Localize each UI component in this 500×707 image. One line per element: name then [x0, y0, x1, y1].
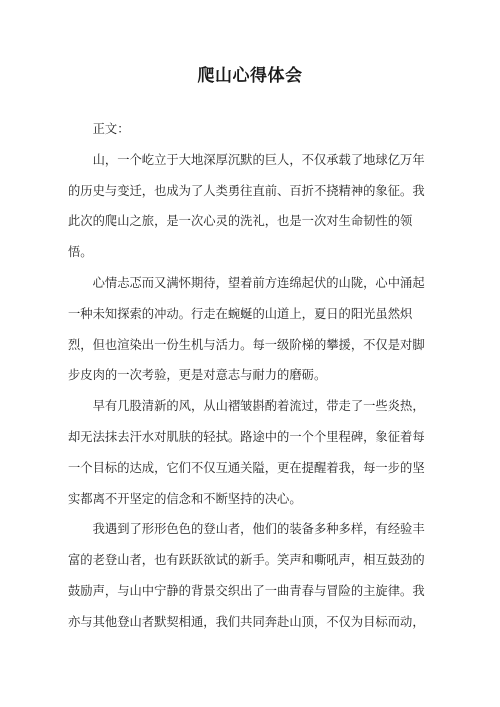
text-line: 却无法抹去汗水对肌肤的轻拭。路途中的一个个里程碑，象征着每: [68, 422, 430, 453]
text-line: 鼓励声，与山中宁静的背景交织出了一曲青春与冒险的主旋律。我: [68, 576, 430, 607]
paragraph: 早有几股清新的风，从山褶皱斟酌着流过，带走了一些炎热，却无法抹去汗水对肌肤的轻拭…: [68, 391, 430, 514]
document-title: 爬山心得体会: [0, 0, 500, 88]
text-line: 我遇到了形形色色的登山者，他们的装备多种多样，有经验丰: [68, 514, 430, 545]
paragraph: 山，一个屹立于大地深厚沉默的巨人，不仅承载了地球亿万年的历史与变迁，也成为了人类…: [68, 145, 430, 268]
text-line: 一个目标的达成，它们不仅互通关隘，更在提醒着我，每一步的坚: [68, 453, 430, 484]
paragraph: 我遇到了形形色色的登山者，他们的装备多种多样，有经验丰富的老登山者，也有跃跃欲试…: [68, 514, 430, 637]
text-line: 烈，但也渲染出一份生机与活力。每一级阶梯的攀援，不仅是对脚: [68, 330, 430, 361]
paragraph: 心情忐忑而又满怀期待，望着前方连绵起伏的山陇，心中涌起一种未知探索的冲动。行走在…: [68, 268, 430, 391]
text-line: 正文：: [68, 114, 430, 145]
text-line: 心情忐忑而又满怀期待，望着前方连绵起伏的山陇，心中涌起: [68, 268, 430, 299]
text-line: 一种未知探索的冲动。行走在蜿蜒的山道上，夏日的阳光虽然炽: [68, 299, 430, 330]
text-line: 悟。: [68, 237, 430, 268]
text-line: 步皮肉的一次考验，更是对意志与耐力的磨砺。: [68, 360, 430, 391]
text-line: 此次的爬山之旅，是一次心灵的洗礼，也是一次对生命韧性的领: [68, 206, 430, 237]
paragraph: 正文：: [68, 114, 430, 145]
text-line: 早有几股清新的风，从山褶皱斟酌着流过，带走了一些炎热，: [68, 391, 430, 422]
text-line: 的历史与变迁，也成为了人类勇往直前、百折不挠精神的象征。我: [68, 176, 430, 207]
text-line: 山，一个屹立于大地深厚沉默的巨人，不仅承载了地球亿万年: [68, 145, 430, 176]
document-body: 正文：山，一个屹立于大地深厚沉默的巨人，不仅承载了地球亿万年的历史与变迁，也成为…: [0, 88, 500, 638]
document-page: 爬山心得体会 正文：山，一个屹立于大地深厚沉默的巨人，不仅承载了地球亿万年的历史…: [0, 0, 500, 707]
text-line: 富的老登山者，也有跃跃欲试的新手。笑声和嘶吼声，相互鼓劲的: [68, 545, 430, 576]
text-line: 实都离不开坚定的信念和不断坚持的决心。: [68, 484, 430, 515]
text-line: 亦与其他登山者默契相通，我们共同奔赴山顶，不仅为目标而动，: [68, 607, 430, 638]
